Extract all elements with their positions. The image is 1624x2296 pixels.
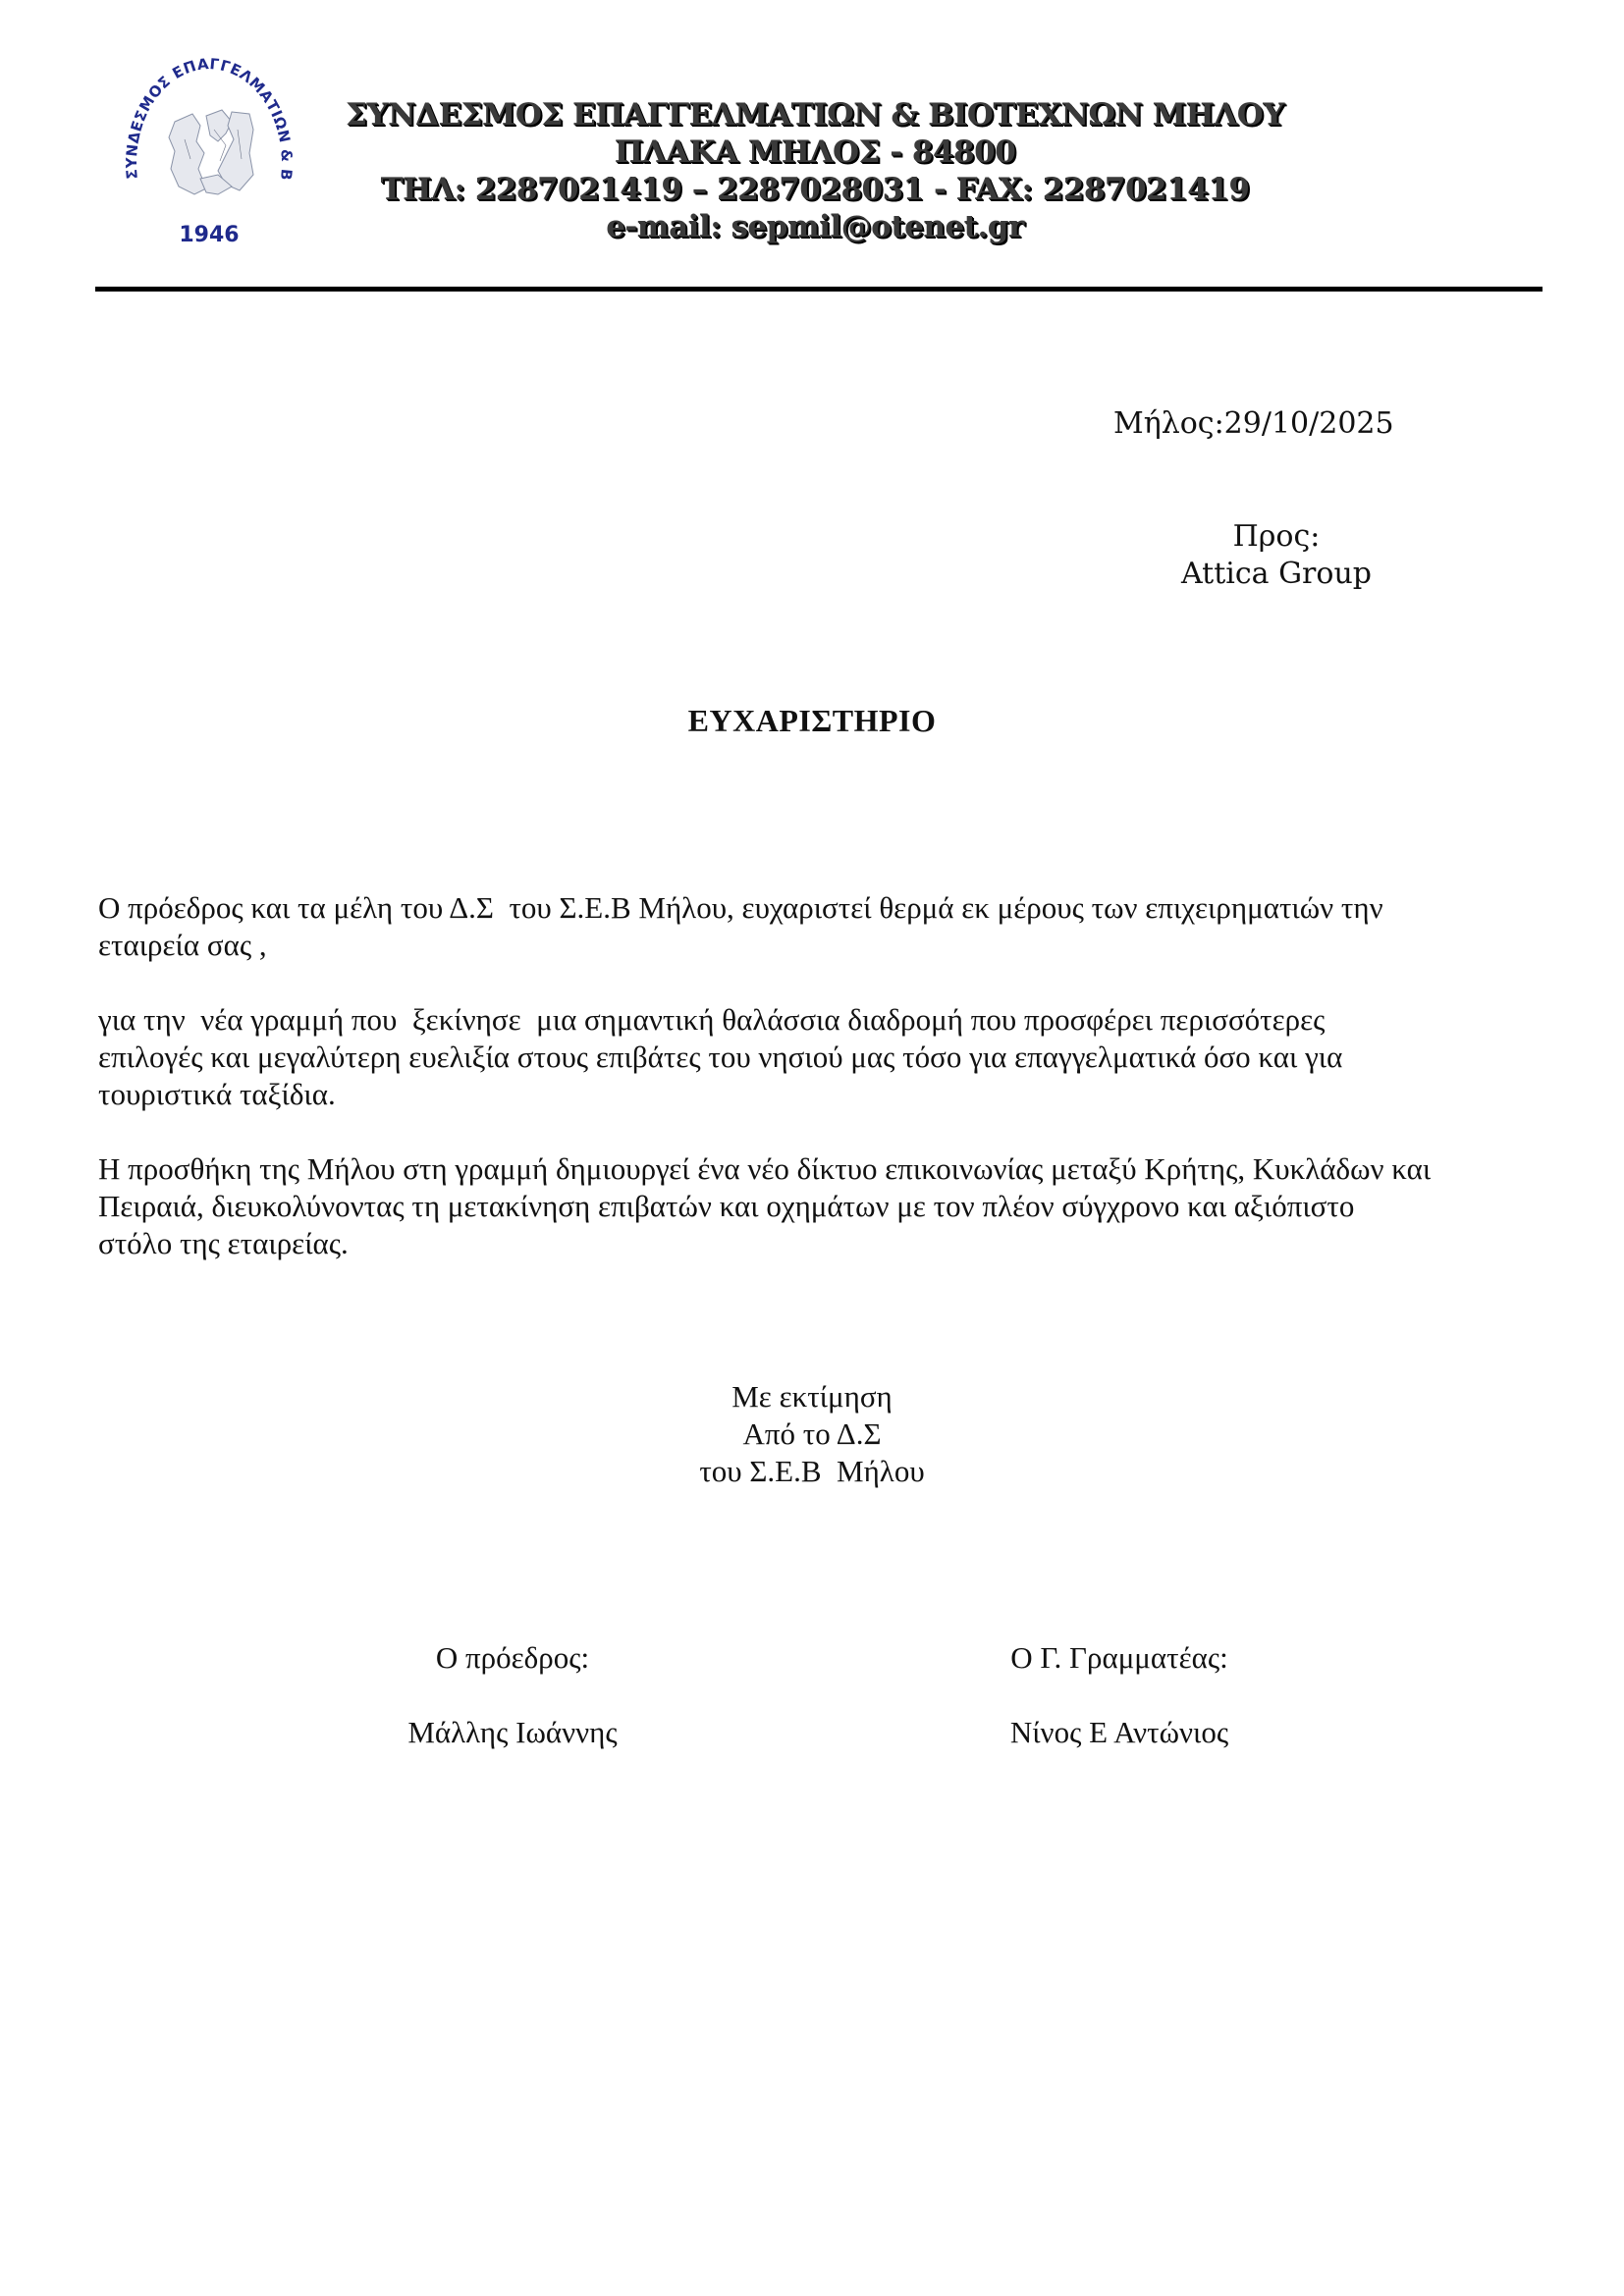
logo-ring-text: ΣΥΝΔΕΣΜΟΣ ΕΠΑΓΓΕΛΜΑΤΙΩΝ & ΒΙΟΤΕΧΝΩΝ ΜΗΛΟ… — [116, 31, 296, 182]
association-logo-milos-map-icon: ΣΥΝΔΕΣΜΟΣ ΕΠΑΓΓΕΛΜΑΤΙΩΝ & ΒΙΟΤΕΧΝΩΝ ΜΗΛΟ… — [116, 31, 302, 263]
closing-block: Με εκτίμηση Από το Δ.Σ του Σ.Ε.Β Μήλου — [0, 1378, 1624, 1490]
body-paragraph: Η προσθήκη της Μήλου στη γραμμή δημιουργ… — [98, 1150, 1434, 1262]
svg-text:ΣΥΝΔΕΣΜΟΣ ΕΠΑΓΓΕΛΜΑΤΙΩΝ & ΒΙΟΤ: ΣΥΝΔΕΣΜΟΣ ΕΠΑΓΓΕΛΜΑΤΙΩΝ & ΒΙΟΤΕΧΝΩΝ ΜΗΛΟ… — [116, 31, 296, 182]
letterhead-org-name: ΣΥΝΔΕΣΜΟΣ ΕΠΑΓΓΕΛΜΑΤΙΩΝ & ΒΙΟΤΕΧΝΩΝ ΜΗΛΟ… — [314, 96, 1316, 133]
letterhead-phone-fax: ΤΗΛ: 2287021419 – 2287028031 - FAX: 2287… — [314, 171, 1316, 208]
signature-president: Ο πρόεδρος: Μάλλης Ιωάννης — [385, 1639, 640, 1751]
body-paragraph: Ο πρόεδρος και τα μέλη του Δ.Σ του Σ.Ε.Β… — [98, 889, 1434, 964]
signature-role: Ο Γ. Γραμματέας: — [952, 1639, 1286, 1677]
date-line: Μήλος:29/10/2025 — [1113, 406, 1394, 441]
letterhead-address: ΠΛΑΚΑ ΜΗΛΟΣ - 84800 — [314, 133, 1316, 171]
logo-year: 1946 — [179, 223, 239, 247]
recipient-block: Προς: Attica Group — [1178, 518, 1375, 593]
letterhead-email: e-mail: sepmil@otenet.gr — [314, 208, 1316, 245]
signature-name: Νίνος Ε Αντώνιος — [952, 1714, 1286, 1751]
signature-role: Ο πρόεδρος: — [385, 1639, 640, 1677]
letter-body: Ο πρόεδρος και τα μέλη του Δ.Σ του Σ.Ε.Β… — [98, 889, 1434, 1300]
recipient-label: Προς: — [1178, 518, 1375, 556]
closing-line: του Σ.Ε.Β Μήλου — [0, 1453, 1624, 1490]
association-logo: ΣΥΝΔΕΣΜΟΣ ΕΠΑΓΓΕΛΜΑΤΙΩΝ & ΒΙΟΤΕΧΝΩΝ ΜΗΛΟ… — [116, 31, 302, 263]
document-title: ΕΥΧΑΡΙΣΤΗΡΙΟ — [0, 703, 1624, 739]
letterhead-divider — [95, 287, 1543, 292]
recipient-name: Attica Group — [1178, 556, 1375, 593]
closing-line: Με εκτίμηση — [0, 1378, 1624, 1415]
signature-name: Μάλλης Ιωάννης — [385, 1714, 640, 1751]
letterhead-text: ΣΥΝΔΕΣΜΟΣ ΕΠΑΓΓΕΛΜΑΤΙΩΝ & ΒΙΟΤΕΧΝΩΝ ΜΗΛΟ… — [314, 96, 1316, 245]
signature-secretary: Ο Γ. Γραμματέας: Νίνος Ε Αντώνιος — [952, 1639, 1286, 1751]
body-paragraph: για την νέα γραμμή που ξεκίνησε μια σημα… — [98, 1001, 1434, 1113]
closing-line: Από το Δ.Σ — [0, 1415, 1624, 1453]
